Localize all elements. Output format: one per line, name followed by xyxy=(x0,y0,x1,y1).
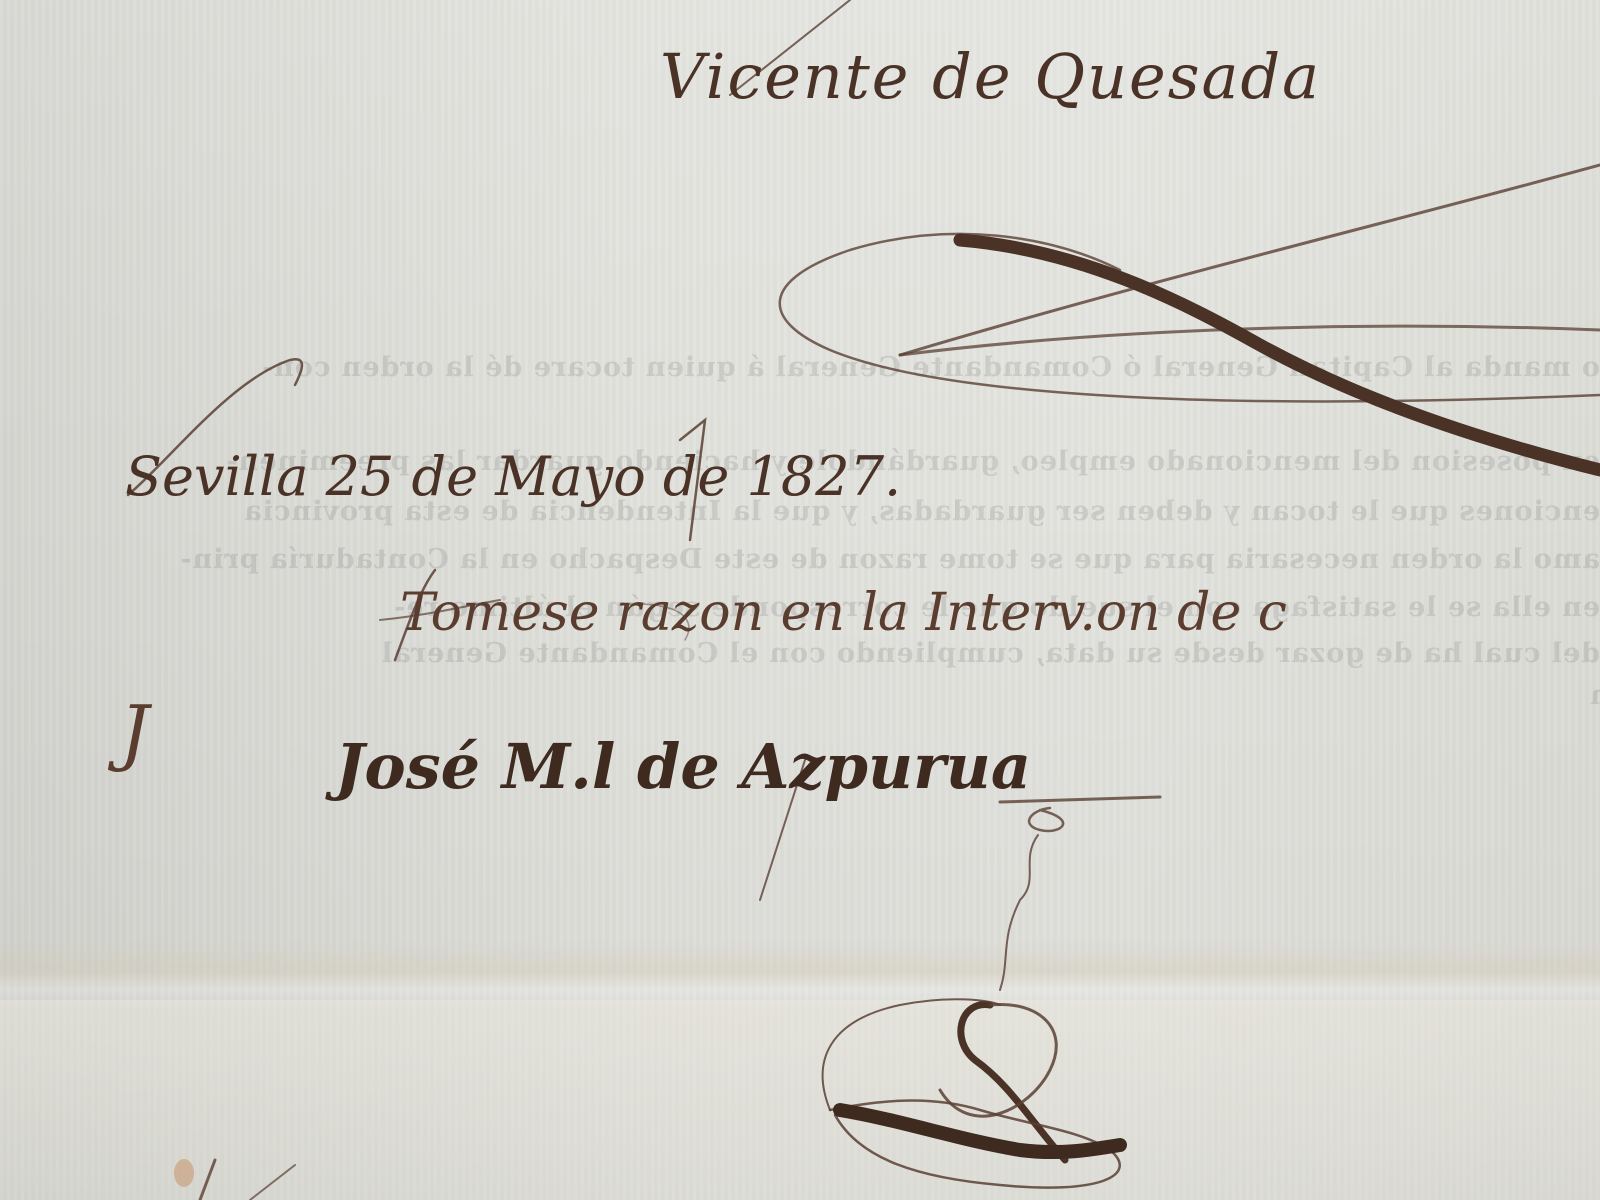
signature-bottom: José M.l de Azpurua xyxy=(335,730,1031,803)
registry-note: Tomese razon en la Interv.on de c xyxy=(400,583,1287,643)
date-line: Sevilla 25 de Mayo de 1827. xyxy=(125,445,901,508)
signature-top: Vicente de Quesada xyxy=(660,40,1321,113)
initial-mark: J xyxy=(120,690,149,774)
